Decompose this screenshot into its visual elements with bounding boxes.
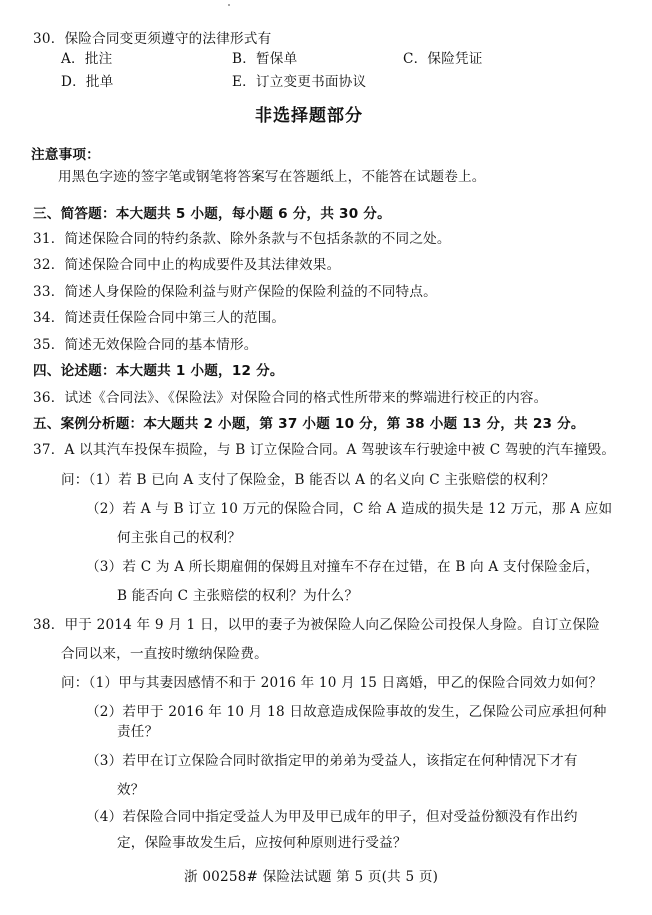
question-38-sub4-line2: 定，保险事故发生后，应按何种原则进行受益？ <box>117 834 407 852</box>
question-37-sub3-line1: （3）若 C 为 A 所长期雇佣的保姆且对撞车不存在过错，在 B 向 A 支付保… <box>86 558 599 576</box>
question-38-sub2-line1: （2）若甲于 2016 年 10 月 18 日故意造成保险事故的发生，乙保险公司… <box>86 703 607 721</box>
question-34: 34．简述责任保险合同中第三人的范围。 <box>33 309 285 327</box>
part4-heading: 四、论述题：本大题共 1 小题，12 分。 <box>33 362 284 380</box>
question-38-sub3-line2: 效？ <box>117 781 145 799</box>
notice-body: 用黑色字迹的签字笔或钢笔将答案写在答题纸上，不能答在试题卷上。 <box>58 168 486 186</box>
question-37-stem: 37．A 以其汽车投保车损险，与 B 订立保险合同。A 驾驶该车行驶途中被 C … <box>33 441 615 459</box>
question-35: 35．简述无效保险合同的基本情形。 <box>33 336 258 354</box>
question-37-sub2-line2: 何主张自己的权利？ <box>117 529 241 547</box>
q30-stem: 30．保险合同变更须遵守的法律形式有 <box>33 30 271 48</box>
question-38-sub2-line2: 责任？ <box>117 723 158 741</box>
question-33: 33．简述人身保险的保险利益与财产保险的保险利益的不同特点。 <box>33 283 437 301</box>
notice-heading: 注意事项： <box>31 146 100 164</box>
q30-option-d: D．批单 <box>61 73 114 91</box>
q30-option-b: B．暂保单 <box>232 50 297 68</box>
q30-option-a: A．批注 <box>61 50 112 68</box>
question-38-stem-line1: 38．甲于 2014 年 9 月 1 日，以甲的妻子为被保险人向乙保险公司投保人… <box>33 616 600 634</box>
question-38-sub3-line1: （3）若甲在订立保险合同时欲指定甲的弟弟为受益人，该指定在何种情况下才有 <box>86 752 578 770</box>
question-38-stem-line2: 合同以来，一直按时缴纳保险费。 <box>61 645 268 663</box>
part3-heading: 三、简答题：本大题共 5 小题，每小题 6 分，共 30 分。 <box>33 205 391 223</box>
part5-heading: 五、案例分析题：本大题共 2 小题，第 37 小题 10 分，第 38 小题 1… <box>33 415 585 433</box>
question-36: 36．试述《合同法》、《保险法》对保险合同的格式性所带来的弊端进行校正的内容。 <box>33 389 547 407</box>
question-32: 32．简述保险合同中止的构成要件及其法律效果。 <box>33 256 340 274</box>
scan-speck <box>228 4 230 6</box>
section-title: 非选择题部分 <box>255 107 363 125</box>
q30-option-e: E．订立变更书面协议 <box>232 73 366 91</box>
question-38-sub4-line1: （4）若保险合同中指定受益人为甲及甲已成年的甲子，但对受益份额没有作出约 <box>86 808 578 826</box>
page-footer: 浙 00258# 保险法试题 第 5 页(共 5 页) <box>184 868 438 886</box>
question-37-sub1: 问：（1）若 B 已向 A 支付了保险金，B 能否以 A 的名义向 C 主张赔偿… <box>61 471 555 489</box>
question-37-sub2-line1: （2）若 A 与 B 订立 10 万元的保险合同，C 给 A 造成的损失是 12… <box>86 500 612 518</box>
q30-option-c: C．保险凭证 <box>403 50 483 68</box>
question-38-sub1: 问：（1）甲与其妻因感情不和于 2016 年 10 月 15 日离婚，甲乙的保险… <box>61 674 602 692</box>
question-31: 31．简述保险合同的特约条款、除外条款与不包括条款的不同之处。 <box>33 230 451 248</box>
question-37-sub3-line2: B 能否向 C 主张赔偿的权利？为什么？ <box>117 587 358 605</box>
